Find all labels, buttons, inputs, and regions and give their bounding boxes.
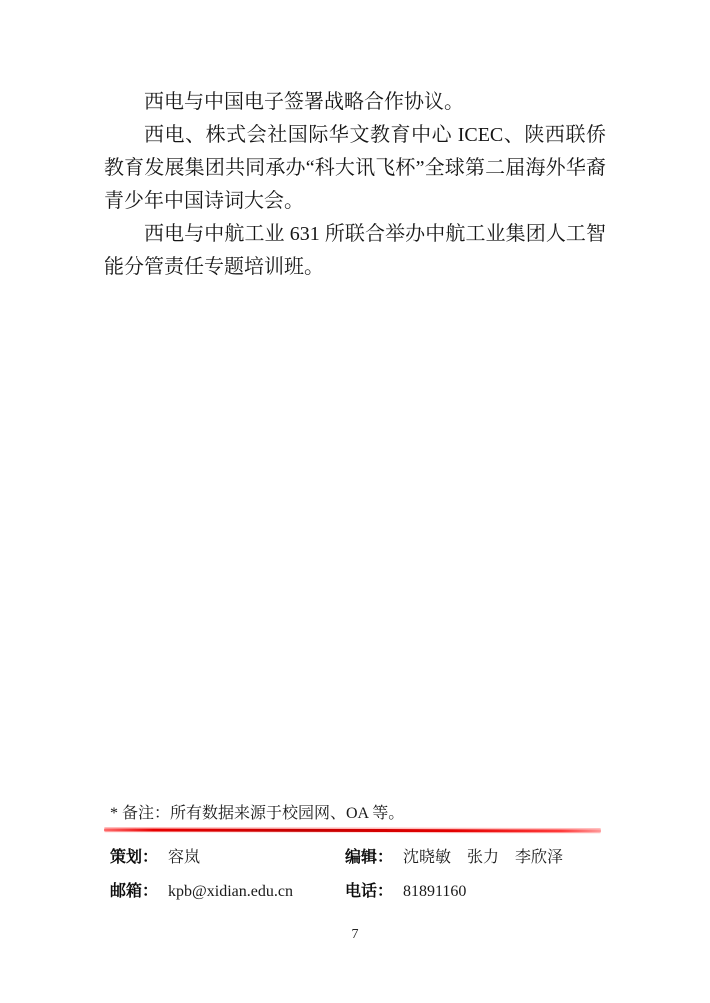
email-label: 邮箱： xyxy=(110,883,158,900)
page-number: 7 xyxy=(0,927,710,943)
paragraph-2: 西电、株式会社国际华文教育中心 ICEC、陕西联侨教育发展集团共同承办“科大讯飞… xyxy=(104,119,606,218)
editors-label: 编辑： xyxy=(345,849,393,866)
body-text: 西电与中国电子签署战略合作协议。 西电、株式会社国际华文教育中心 ICEC、陕西… xyxy=(104,86,606,284)
credit-planner: 策划：容岚 xyxy=(110,847,200,869)
phone-label: 电话： xyxy=(345,883,393,900)
red-underline-rule xyxy=(104,828,601,832)
credit-phone: 电话：81891160 xyxy=(345,881,466,903)
paragraph-3: 西电与中航工业 631 所联合举办中航工业集团人工智能分管责任专题培训班。 xyxy=(104,218,606,284)
document-page: 西电与中国电子签署战略合作协议。 西电、株式会社国际华文教育中心 ICEC、陕西… xyxy=(0,0,710,1003)
credit-email: 邮箱：kpb@xidian.edu.cn xyxy=(110,881,293,903)
planner-value: 容岚 xyxy=(168,849,200,866)
email-value: kpb@xidian.edu.cn xyxy=(168,883,293,900)
footnote: * 备注：所有数据来源于校园网、OA 等。 xyxy=(110,802,606,826)
editors-value: 沈晓敏 张力 李欣泽 xyxy=(403,849,563,866)
paragraph-1: 西电与中国电子签署战略合作协议。 xyxy=(104,86,606,119)
planner-label: 策划： xyxy=(110,849,158,866)
credit-editors: 编辑：沈晓敏 张力 李欣泽 xyxy=(345,847,563,869)
phone-value: 81891160 xyxy=(403,883,466,900)
